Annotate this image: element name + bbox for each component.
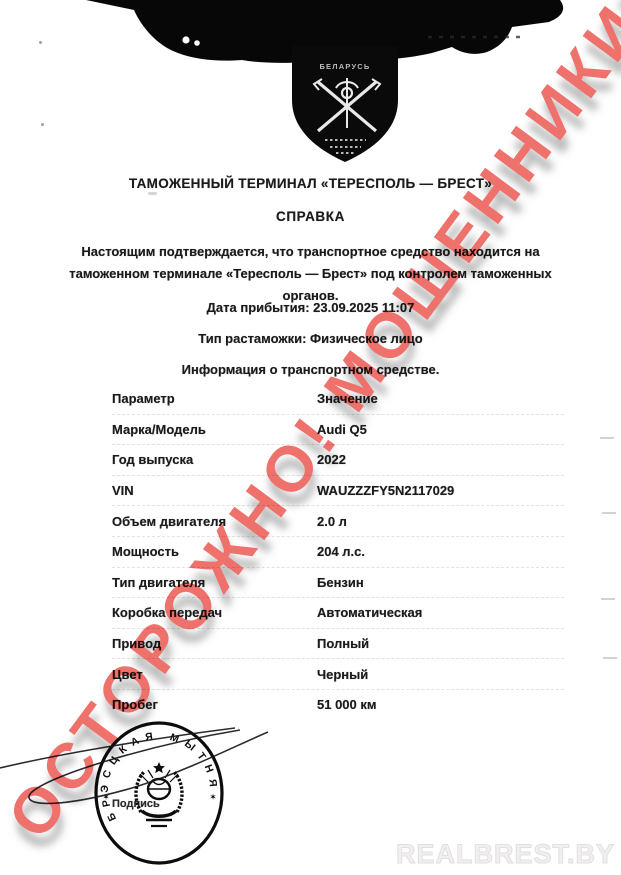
table-row: VIN WAUZZZFY5N2117029: [112, 475, 564, 506]
row-value: 51 000 км: [317, 697, 564, 712]
scan-edge-artifact: [600, 437, 614, 439]
row-value: 2022: [317, 452, 564, 467]
customs-type-line: Тип растаможки: Физическое лицо: [0, 331, 621, 346]
row-value: 204 л.с.: [317, 544, 564, 559]
scanned-document-page: БЕЛАРУСЬ ТАМОЖЕННЫЙ ТЕРМИНАЛ «ТЕРЕСПОЛЬ …: [0, 0, 621, 875]
row-value: Бензин: [317, 575, 564, 590]
row-value: Полный: [317, 636, 564, 651]
vehicle-info-heading: Информация о транспортном средстве.: [0, 362, 621, 377]
arrival-date-line: Дата прибытия: 23.09.2025 11:07: [0, 300, 621, 315]
site-watermark: REALBREST.BY: [396, 839, 615, 870]
scan-edge-artifact: [601, 598, 615, 600]
row-value: WAUZZZFY5N2117029: [317, 483, 564, 498]
blob-white-speck: [182, 36, 189, 43]
row-value: 2.0 л: [317, 514, 564, 529]
emblem-country-label: БЕЛАРУСЬ: [319, 62, 370, 71]
scan-edge-artifact: [602, 512, 616, 514]
blob-white-speck: [194, 40, 200, 46]
row-value: Автоматическая: [317, 605, 564, 620]
document-subtitle: СПРАВКА: [0, 209, 621, 224]
table-header-param: Параметр: [112, 391, 317, 406]
scan-edge-artifact: [603, 657, 617, 659]
table-row: Объем двигателя 2.0 л: [112, 505, 564, 536]
row-value: Черный: [317, 667, 564, 682]
scan-smudge: [148, 192, 157, 195]
